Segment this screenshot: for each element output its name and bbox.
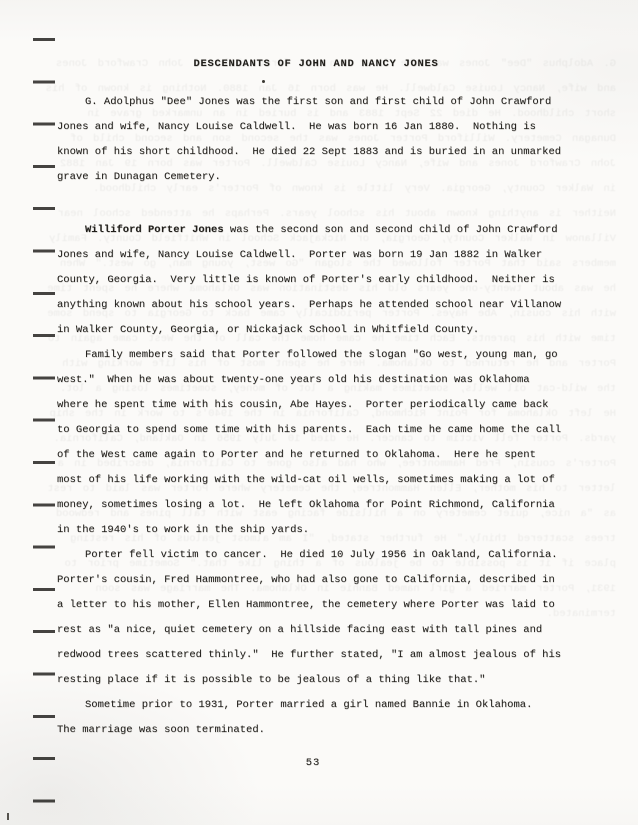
text-line: rest as "a nice, quiet cemetery on a hil…: [57, 618, 569, 643]
paragraph-marriage: Sometime prior to 1931, Porter married a…: [57, 693, 569, 743]
text-line: Porter's cousin, Fred Hammontree, who ha…: [57, 568, 569, 593]
paragraph-cancer-cemetery: Porter fell victim to cancer. He died 10…: [57, 543, 569, 693]
person-name-bold: Williford Porter Jones: [85, 224, 224, 236]
text-line: redwood trees scattered thinly." He furt…: [57, 643, 569, 668]
text-line: of the West came again to Porter and he …: [57, 443, 569, 468]
text-line: where he spent time with his cousin, Abe…: [57, 393, 569, 418]
text-line: money, sometimes losing a lot. He left O…: [57, 493, 569, 518]
text-run: was the second son and second child of J…: [224, 224, 558, 236]
text-line: known of his short childhood. He died 22…: [57, 140, 569, 165]
text-line: County, Georgia. Very little is known of…: [57, 268, 569, 293]
text-line: in the 1940's to work in the ship yards.: [57, 518, 569, 543]
paragraph-dee-jones: G. Adolphus "Dee" Jones was the first so…: [57, 90, 569, 190]
text-line: Family members said that Porter followed…: [57, 343, 569, 368]
paragraph-porter-jones-intro: Williford Porter Jones was the second so…: [57, 218, 569, 343]
text-line: Jones and wife, Nancy Louise Caldwell. P…: [57, 243, 569, 268]
text-line: The marriage was soon terminated.: [57, 718, 569, 743]
page-content: DESCENDANTS OF JOHN AND NANCY JONES G. A…: [57, 0, 569, 770]
text-line: a letter to his mother, Ellen Hammontree…: [57, 593, 569, 618]
text-line: in Walker County, Georgia, or Nickajack …: [57, 318, 569, 343]
text-line: anything known about his school years. P…: [57, 293, 569, 318]
text-line: Porter fell victim to cancer. He died 10…: [57, 543, 569, 568]
scan-edge-artifact: [7, 813, 9, 820]
binding-marks: [33, 38, 55, 804]
text-line: west." When he was about twenty-one year…: [57, 368, 569, 393]
text-line: grave in Dunagan Cemetery.: [57, 165, 569, 190]
text-line: resting place if it is possible to be je…: [57, 668, 569, 693]
page-title: DESCENDANTS OF JOHN AND NANCY JONES: [63, 57, 569, 72]
scanned-document-page: G. Adolphus "Dee" Jones was the first so…: [0, 0, 638, 825]
text-line: Sometime prior to 1931, Porter married a…: [57, 693, 569, 718]
page-number: 53: [57, 756, 569, 770]
text-line: Williford Porter Jones was the second so…: [57, 218, 569, 243]
ink-dot-artifact: [262, 80, 265, 83]
text-line: Jones and wife, Nancy Louise Caldwell. H…: [57, 115, 569, 140]
text-line: G. Adolphus "Dee" Jones was the first so…: [57, 90, 569, 115]
text-line: to Georgia to spend some time with his p…: [57, 418, 569, 443]
paragraph-go-west: Family members said that Porter followed…: [57, 343, 569, 543]
text-line: most of his life working with the wild-c…: [57, 468, 569, 493]
